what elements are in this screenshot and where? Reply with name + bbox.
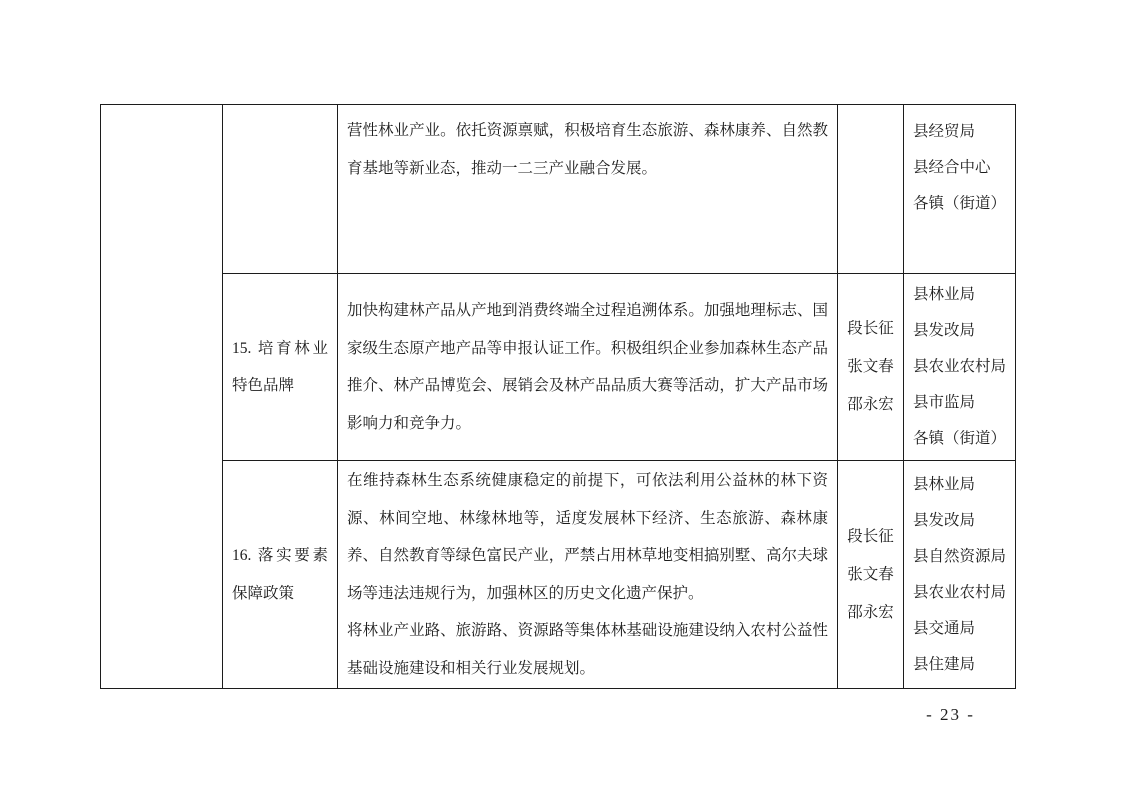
department-name: 县市监局 [913, 385, 1011, 421]
department-name: 县农业农村局 [913, 575, 1011, 611]
department-name: 各镇（街道） [913, 421, 1011, 457]
measures-cell: 营性林业产业。依托资源禀赋，积极培育生态旅游、森林康养、自然教育基地等新业态，推… [338, 105, 838, 274]
department-name: 县自然资源局 [913, 539, 1011, 575]
measure-paragraph: 营性林业产业。依托资源禀赋，积极培育生态旅游、森林康养、自然教育基地等新业态，推… [347, 112, 828, 187]
measures-cell: 加快构建林产品从产地到消费终端全过程追溯体系。加强地理标志、国家级生态原产地产品… [338, 274, 838, 461]
task-table: 营性林业产业。依托资源禀赋，积极培育生态旅游、森林康养、自然教育基地等新业态，推… [100, 104, 1016, 689]
measure-paragraph: 将林业产业路、旅游路、资源路等集体林基础设施建设纳入农村公益性基础设施建设和相关… [347, 612, 828, 687]
task-cell [223, 105, 338, 274]
department-name: 县交通局 [913, 611, 1011, 647]
document-page: 营性林业产业。依托资源禀赋，积极培育生态旅游、森林康养、自然教育基地等新业态，推… [0, 0, 1122, 793]
person-name: 邵永宏 [838, 386, 903, 424]
department-name: 县林业局 [913, 277, 1011, 313]
departments-cell: 县经贸局 县经合中心 各镇（街道） [904, 105, 1016, 274]
person-name: 张文春 [838, 556, 903, 594]
department-name: 县住建局 [913, 647, 1011, 683]
persons-cell: 段长征 张文春 邵永宏 [838, 461, 904, 689]
table-row: 16. 落实要素保障政策 在维持森林生态系统健康稳定的前提下，可依法利用公益林的… [101, 461, 1016, 689]
department-name: 县经合中心 [913, 150, 1011, 186]
departments-cell: 县林业局 县发改局 县自然资源局 县农业农村局 县交通局 县住建局 [904, 461, 1016, 689]
department-name: 县经贸局 [913, 114, 1011, 150]
task-cell: 15. 培育林业特色品牌 [223, 274, 338, 461]
measure-paragraph: 在维持森林生态系统健康稳定的前提下，可依法利用公益林的林下资源、林间空地、林缘林… [347, 462, 828, 612]
page-number: - 23 - [903, 705, 998, 725]
table-row: 15. 培育林业特色品牌 加快构建林产品从产地到消费终端全过程追溯体系。加强地理… [101, 274, 1016, 461]
department-name: 各镇（街道） [913, 186, 1011, 222]
person-name: 张文春 [838, 348, 903, 386]
persons-cell: 段长征 张文春 邵永宏 [838, 274, 904, 461]
person-name: 段长征 [838, 518, 903, 556]
table-row: 营性林业产业。依托资源禀赋，积极培育生态旅游、森林康养、自然教育基地等新业态，推… [101, 105, 1016, 274]
department-name: 县农业农村局 [913, 349, 1011, 385]
person-name: 段长征 [838, 310, 903, 348]
group-cell [101, 105, 223, 689]
department-name: 县发改局 [913, 503, 1011, 539]
task-cell: 16. 落实要素保障政策 [223, 461, 338, 689]
department-name: 县发改局 [913, 313, 1011, 349]
departments-cell: 县林业局 县发改局 县农业农村局 县市监局 各镇（街道） [904, 274, 1016, 461]
persons-cell [838, 105, 904, 274]
person-name: 邵永宏 [838, 594, 903, 632]
measures-cell: 在维持森林生态系统健康稳定的前提下，可依法利用公益林的林下资源、林间空地、林缘林… [338, 461, 838, 689]
department-name: 县林业局 [913, 467, 1011, 503]
measure-paragraph: 加快构建林产品从产地到消费终端全过程追溯体系。加强地理标志、国家级生态原产地产品… [347, 292, 828, 442]
